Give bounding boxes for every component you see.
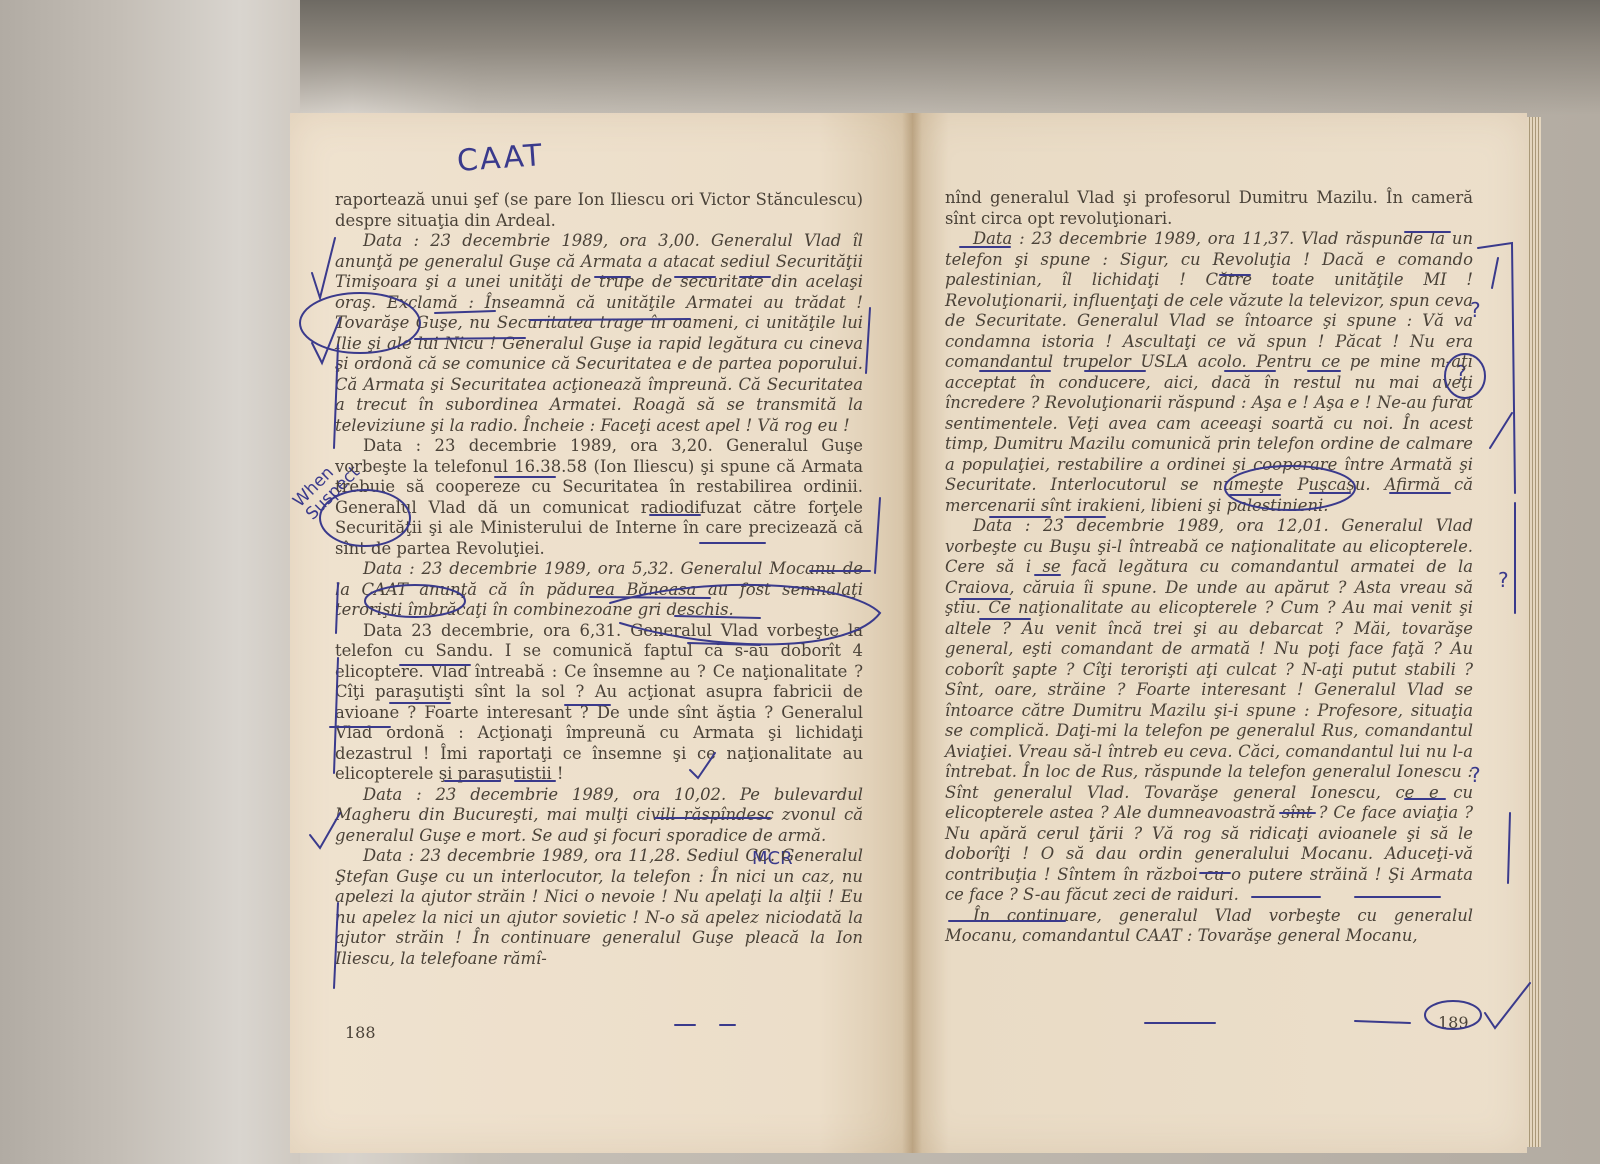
- paragraph: nînd generalul Vlad şi profesorul Dumitr…: [945, 188, 1473, 229]
- paragraph-entry-0300: Data : 23 decembrie 1989, ora 3,00. Gene…: [335, 231, 863, 436]
- right-page-text: nînd generalul Vlad şi profesorul Dumitr…: [945, 188, 1473, 947]
- paragraph-entry-0320: Data : 23 decembrie 1989, ora 3,20. Gene…: [335, 436, 863, 559]
- handwritten-caat-heading: CAAT: [456, 138, 545, 179]
- open-book: CAAT When Suspect MCR ? ? ? ? raportează…: [290, 113, 1540, 1153]
- paragraph: raportează unui şef (se pare Ion Iliescu…: [335, 190, 863, 231]
- page-number-right: 189: [1438, 1013, 1469, 1032]
- paragraph-entry-0631: Data 23 decembrie, ora 6,31. Generalul V…: [335, 621, 863, 785]
- book-gutter: [902, 113, 922, 1153]
- left-page-text: raportează unui şef (se pare Ion Iliescu…: [335, 190, 863, 969]
- paragraph-entry-1201: Data : 23 decembrie 1989, ora 12,01. Gen…: [945, 516, 1473, 906]
- paragraph-continuation: În continuare, generalul Vlad vorbeşte c…: [945, 906, 1473, 947]
- paragraph-entry-0532: Data : 23 decembrie 1989, ora 5,32. Gene…: [335, 559, 863, 621]
- background-table: [0, 0, 300, 1164]
- page-number-left: 188: [345, 1023, 376, 1042]
- paragraph-entry-1128: Data : 23 decembrie 1989, ora 11,28. Sed…: [335, 846, 863, 969]
- page-edges: [1527, 117, 1541, 1147]
- paragraph-entry-1002: Data : 23 decembrie 1989, ora 10,02. Pe …: [335, 785, 863, 847]
- question-mark-icon: ?: [1498, 568, 1509, 592]
- paragraph-entry-1137: Data : 23 decembrie 1989, ora 11,37. Vla…: [945, 229, 1473, 516]
